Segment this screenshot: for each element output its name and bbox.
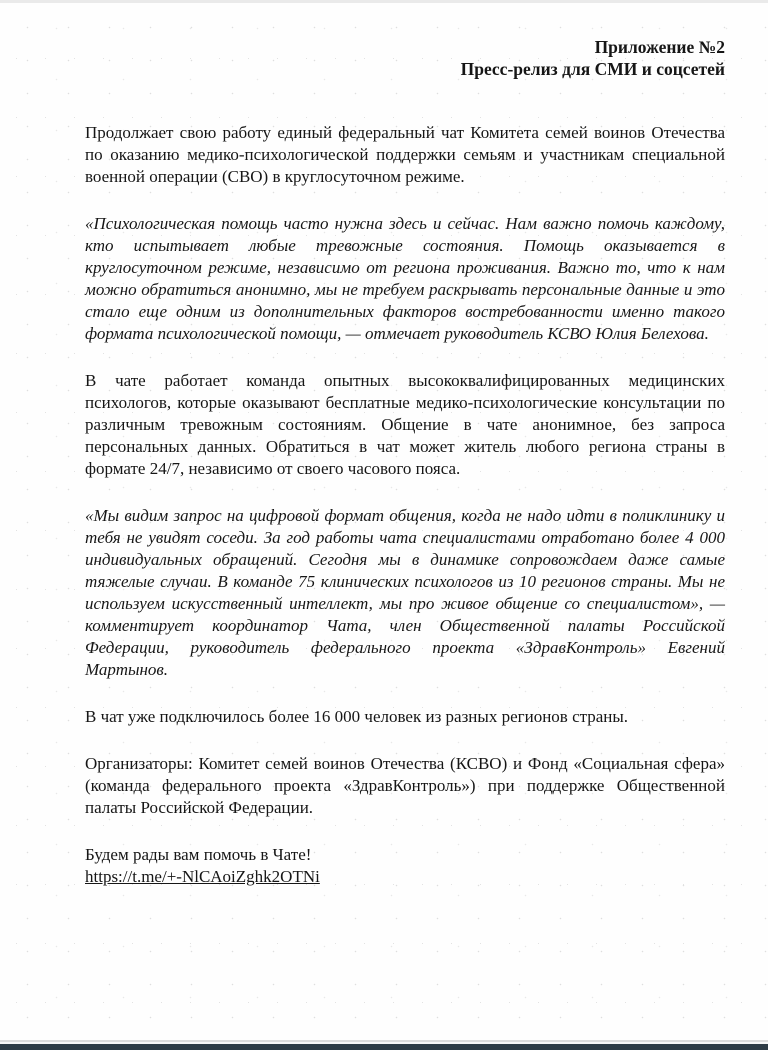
paragraph-quote-martynov: «Мы видим запрос на цифровой формат обще… [85,505,725,681]
page-bottom-edge [0,1044,768,1050]
paragraph-members-count: В чат уже подключилось более 16 000 чело… [85,706,725,728]
document-header: Приложение №2 Пресс-релиз для СМИ и соцс… [85,36,725,80]
attachment-label: Приложение №2 [85,36,725,58]
closing-block: Будем рады вам помочь в Чате! https://t.… [85,844,725,888]
press-release-page: Приложение №2 Пресс-релиз для СМИ и соцс… [0,0,768,1050]
document-content: Приложение №2 Пресс-релиз для СМИ и соцс… [85,36,725,888]
paragraph-chat-team: В чате работает команда опытных высококв… [85,370,725,480]
paragraph-organizers: Организаторы: Комитет семей воинов Отече… [85,753,725,819]
telegram-link[interactable]: https://t.me/+-NlCAoiZghk2OTNi [85,867,320,886]
closing-line: Будем рады вам помочь в Чате! [85,845,311,864]
paragraph-quote-belekhova: «Психологическая помощь часто нужна здес… [85,213,725,345]
paragraph-intro: Продолжает свою работу единый федеральны… [85,122,725,188]
page-top-edge [0,0,768,3]
document-title: Пресс-релиз для СМИ и соцсетей [85,58,725,80]
